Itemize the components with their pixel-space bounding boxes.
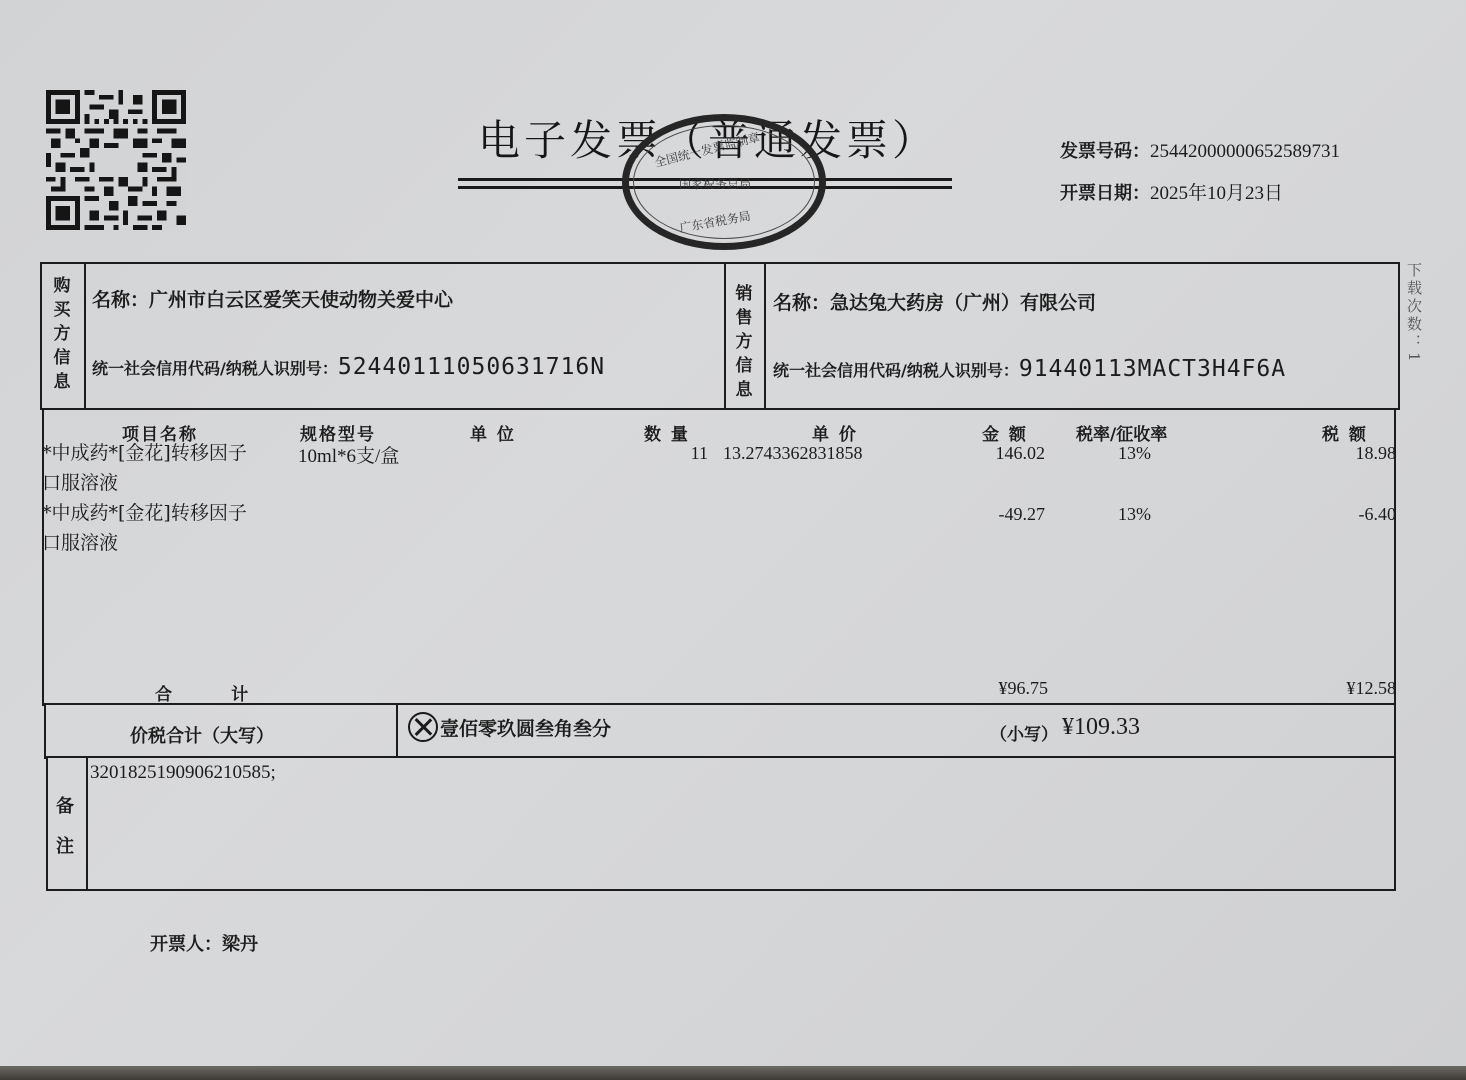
total-in-words: 壹佰零玖圆叁角叁分 <box>408 712 611 742</box>
stamp-middle-text: 国家税务总局 <box>679 175 751 192</box>
invoice-date-value: 2025年10月23日 <box>1150 183 1283 204</box>
seller-tax-id-value: 91440113MACT3H4F6A <box>1019 356 1286 382</box>
total-in-figures-label: （小写） <box>990 720 1058 745</box>
frame-bottom <box>46 889 1396 891</box>
item-tax-rate: 13% <box>1118 504 1151 525</box>
buyer-section-label: 购买方信息 <box>51 274 73 394</box>
issuer: 开票人：梁丹 <box>150 930 258 956</box>
remarks-label-1: 备 <box>56 792 74 818</box>
item-unit-price: 13.2743362831858 <box>723 443 863 464</box>
invoice-date: 开票日期：2025年10月23日 <box>1060 178 1283 205</box>
qr-code-icon <box>44 90 188 230</box>
buyer-tax-id-label: 统一社会信用代码/纳税人识别号： <box>92 359 338 378</box>
seller-label-divider <box>764 262 766 410</box>
frame-top <box>40 262 1400 264</box>
party-divider <box>724 262 726 410</box>
issuer-label: 开票人： <box>150 934 222 955</box>
item-name-line1: *中成药*[金花]转移因子 <box>42 498 247 525</box>
invoice-number-label: 发票号码： <box>1060 141 1150 162</box>
buyer-name-value: 广州市白云区爱笑天使动物关爱中心 <box>149 289 453 311</box>
frame-words-divider <box>44 756 1396 758</box>
item-name-line1: *中成药*[金花]转移因子 <box>42 438 247 465</box>
seller-name-label: 名称： <box>773 292 830 314</box>
seller-tax-id-label: 统一社会信用代码/纳税人识别号： <box>773 361 1019 380</box>
frame-right-top <box>1398 262 1400 410</box>
total-amount: ¥96.75 <box>940 678 1048 699</box>
frame-right-lower <box>1394 408 1396 891</box>
col-header-amount: 金 额 <box>982 420 1028 445</box>
buyer-name: 名称：广州市白云区爱笑天使动物关爱中心 <box>92 285 453 312</box>
buyer-tax-id-value: 52440111050631716N <box>338 354 605 380</box>
col-header-unit-price: 单 价 <box>812 420 858 445</box>
buyer-label-divider <box>84 262 86 410</box>
total-tax: ¥12.58 <box>1280 678 1396 699</box>
item-name-line2: 口服溶液 <box>42 528 118 555</box>
invoice-number: 发票号码：25442000000652589731 <box>1060 137 1340 163</box>
item-amount: 146.02 <box>940 443 1045 464</box>
frame-party-divider <box>40 408 1400 410</box>
total-in-words-value: 壹佰零玖圆叁角叁分 <box>440 714 611 741</box>
frame-left-top <box>40 262 42 410</box>
invoice-number-value: 25442000000652589731 <box>1150 141 1340 162</box>
issuer-name: 梁丹 <box>222 934 258 955</box>
col-header-tax-rate: 税率/征收率 <box>1076 420 1167 445</box>
item-amount: -49.27 <box>940 504 1045 525</box>
item-tax: 18.98 <box>1290 443 1396 464</box>
remarks-label-divider <box>86 756 88 891</box>
col-header-unit: 单 位 <box>470 420 516 445</box>
remarks-label-2: 注 <box>56 832 74 858</box>
item-name-line2: 口服溶液 <box>42 468 118 495</box>
item-tax-rate: 13% <box>1118 443 1151 464</box>
col-header-tax: 税 额 <box>1322 420 1368 445</box>
paper-edge <box>0 1066 1466 1080</box>
remarks-value: 320182519090621058​5; <box>90 762 276 784</box>
total-in-figures-value: ¥109.33 <box>1062 714 1140 741</box>
item-tax: -6.40 <box>1290 504 1396 525</box>
item-spec: 10ml*6支/盒 <box>298 441 399 468</box>
download-count-note: 下载次数：1 <box>1404 262 1425 365</box>
col-header-quantity: 数 量 <box>644 420 690 445</box>
tax-bureau-stamp: 全国统一发票监制章 国家税务总局 广东省税务局 <box>622 114 826 250</box>
total-label: 合 计 <box>155 680 248 705</box>
seller-section-label: 销售方信息 <box>733 282 755 402</box>
words-label-divider <box>396 703 398 758</box>
seller-name: 名称：急达兔大药房（广州）有限公司 <box>773 288 1096 315</box>
buyer-tax-id: 统一社会信用代码/纳税人识别号：52440111050631716N <box>92 354 605 380</box>
item-quantity: 11 <box>650 443 708 464</box>
buyer-name-label: 名称： <box>92 289 149 311</box>
invoice-date-label: 开票日期： <box>1060 183 1150 204</box>
seller-tax-id: 统一社会信用代码/纳税人识别号：91440113MACT3H4F6A <box>773 356 1286 382</box>
frame-left-remarks <box>46 756 48 891</box>
frame-left-words <box>44 703 46 759</box>
total-in-words-label: 价税合计（大写） <box>130 722 274 748</box>
circled-x-icon <box>408 712 438 742</box>
seller-name-value: 急达兔大药房（广州）有限公司 <box>830 292 1096 314</box>
